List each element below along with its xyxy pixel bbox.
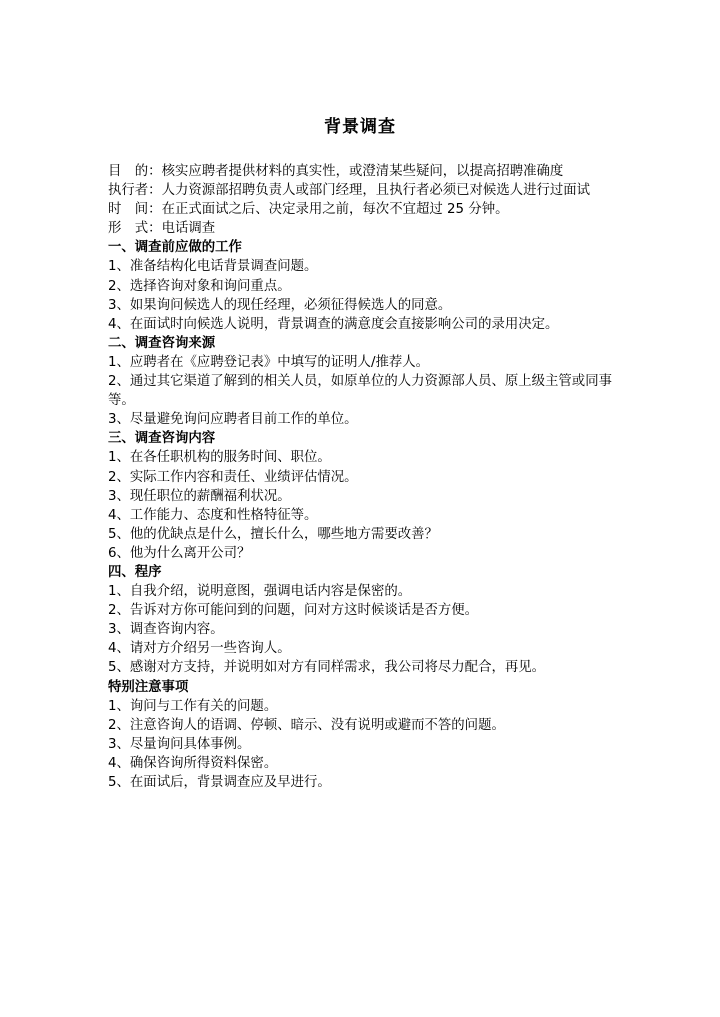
meta-executor: 执行者：人力资源部招聘负责人或部门经理，且执行者必须已对候选人进行过面试 — [108, 181, 618, 200]
list-item: 1、自我介绍，说明意图，强调电话内容是保密的。 — [108, 582, 618, 601]
list-item: 2、通过其它渠道了解到的相关人员，如原单位的人力资源部人员、原上级主管或同事等。 — [108, 372, 618, 410]
section-heading: 三、调查咨询内容 — [108, 429, 618, 448]
list-item: 3、现任职位的薪酬福利状况。 — [108, 487, 618, 506]
meta-value: 在正式面试之后、决定录用之前，每次不宜超过 25 分钟。 — [162, 202, 509, 217]
list-item: 6、他为什么离开公司？ — [108, 544, 618, 563]
list-item: 1、在各任职机构的服务时间、职位。 — [108, 448, 618, 467]
section-heading: 特别注意事项 — [108, 678, 618, 697]
meta-time: 时 间：在正式面试之后、决定录用之前，每次不宜超过 25 分钟。 — [108, 200, 618, 219]
list-item: 4、在面试时向候选人说明，背景调查的满意度会直接影响公司的录用决定。 — [108, 315, 618, 334]
list-item: 1、应聘者在《应聘登记表》中填写的证明人/推荐人。 — [108, 353, 618, 372]
list-item: 1、准备结构化电话背景调查问题。 — [108, 257, 618, 276]
list-item: 3、尽量询问具体事例。 — [108, 735, 618, 754]
list-item: 2、注意咨询人的语调、停顿、暗示、没有说明或避而不答的问题。 — [108, 716, 618, 735]
meta-value: 核实应聘者提供材料的真实性，或澄清某些疑问，以提高招聘准确度 — [162, 164, 564, 179]
list-item: 4、确保咨询所得资料保密。 — [108, 754, 618, 773]
meta-label: 执行者： — [108, 181, 162, 200]
list-item: 3、调查咨询内容。 — [108, 620, 618, 639]
meta-purpose: 目 的：核实应聘者提供材料的真实性，或澄清某些疑问，以提高招聘准确度 — [108, 162, 618, 181]
document-title: 背景调查 — [0, 115, 720, 139]
section-heading: 二、调查咨询来源 — [108, 334, 618, 353]
list-item: 4、工作能力、态度和性格特征等。 — [108, 506, 618, 525]
meta-value: 人力资源部招聘负责人或部门经理，且执行者必须已对候选人进行过面试 — [162, 183, 591, 198]
list-item: 5、感谢对方支持，并说明如对方有同样需求，我公司将尽力配合，再见。 — [108, 658, 618, 677]
list-item: 3、尽量避免询问应聘者目前工作的单位。 — [108, 410, 618, 429]
meta-value: 电话调查 — [162, 221, 216, 236]
list-item: 2、实际工作内容和责任、业绩评估情况。 — [108, 468, 618, 487]
list-item: 4、请对方介绍另一些咨询人。 — [108, 639, 618, 658]
list-item: 5、在面试后，背景调查应及早进行。 — [108, 773, 618, 792]
meta-form: 形 式：电话调查 — [108, 219, 618, 238]
list-item: 1、询问与工作有关的问题。 — [108, 697, 618, 716]
meta-label: 形 式： — [108, 219, 162, 238]
meta-label: 时 间： — [108, 200, 162, 219]
list-item: 2、选择咨询对象和询问重点。 — [108, 277, 618, 296]
list-item: 2、告诉对方你可能问到的问题，问对方这时候谈话是否方便。 — [108, 601, 618, 620]
list-item: 5、他的优缺点是什么，擅长什么，哪些地方需要改善？ — [108, 525, 618, 544]
list-item: 3、如果询问候选人的现任经理，必须征得候选人的同意。 — [108, 296, 618, 315]
meta-label: 目 的： — [108, 162, 162, 181]
document-body: 目 的：核实应聘者提供材料的真实性，或澄清某些疑问，以提高招聘准确度 执行者：人… — [108, 162, 618, 792]
document-page: 背景调查 目 的：核实应聘者提供材料的真实性，或澄清某些疑问，以提高招聘准确度 … — [0, 0, 720, 1017]
section-heading: 四、程序 — [108, 563, 618, 582]
section-heading: 一、调查前应做的工作 — [108, 238, 618, 257]
